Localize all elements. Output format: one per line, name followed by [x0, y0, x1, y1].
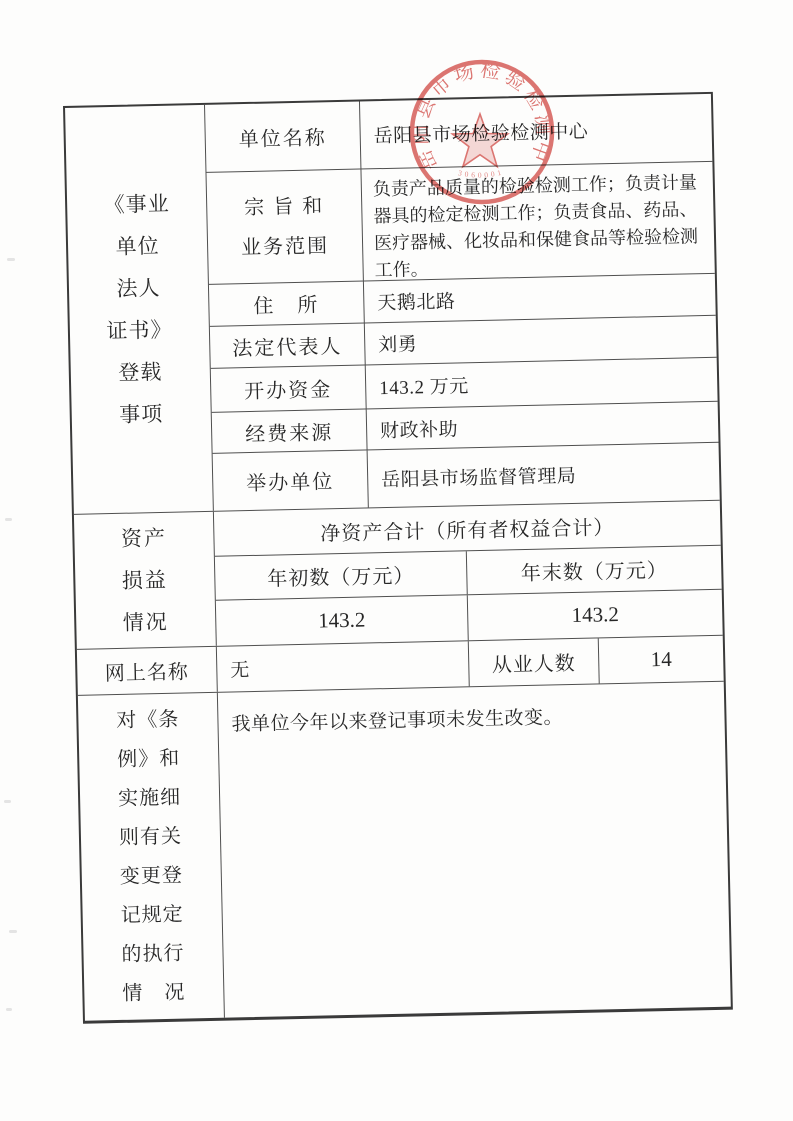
assets-label-line: 损益: [121, 559, 168, 602]
section-assets: 资产 损益 情况 净资产合计（所有者权益合计） 年初数（万元） 年末数（万元） …: [74, 501, 723, 650]
field-value-funding-source: 财政补助: [367, 402, 719, 450]
scan-smudge: [6, 1008, 12, 1011]
field-label-mission-scope: 宗 旨 和 业务范围: [206, 170, 363, 284]
field-value-unit-name: 岳阳县市场检验检测中心: [360, 94, 712, 169]
section-certificate-items: 《事业 单位 法人 证书》 登载 事项 单位名称 岳阳县市场检验检测中心 宗 旨…: [65, 94, 720, 515]
assets-grid: 净资产合计（所有者权益合计） 年初数（万元） 年末数（万元） 143.2 143…: [214, 501, 723, 646]
compliance-label-cell: 对《条 例》和 实施细 则有关 变更登 记规定 的执行 情 况: [78, 693, 225, 1021]
mission-label-line2: 业务范围: [241, 226, 330, 268]
field-value-staff-count: 14: [599, 636, 724, 684]
section-compliance: 对《条 例》和 实施细 则有关 变更登 记规定 的执行 情 况 我单位今年以来登…: [78, 682, 731, 1021]
assets-label-line: 情况: [122, 601, 169, 644]
compliance-label-text: 对《条 例》和 实施细 则有关 变更登 记规定 的执行 情 况: [116, 700, 186, 1013]
compliance-label-line: 变更登: [119, 856, 183, 896]
cert-label-line: 事项: [108, 393, 175, 436]
field-label-sponsor-unit: 举办单位: [213, 450, 369, 510]
field-value-mission-scope: 负责产品质量的检验检测工作；负责计量器具的检定检测工作；负责食品、药品、医疗器械…: [361, 162, 714, 281]
cert-label-cell: 《事业 单位 法人 证书》 登载 事项: [65, 105, 214, 514]
field-value-legal-representative: 刘勇: [365, 316, 717, 365]
field-value-sponsor-unit: 岳阳县市场监督管理局: [368, 443, 720, 508]
compliance-label-line: 记规定: [120, 895, 184, 935]
col-header-year-end: 年末数（万元）: [467, 546, 722, 595]
compliance-label-line: 例》和: [117, 739, 181, 779]
field-label-unit-name: 单位名称: [205, 102, 361, 172]
field-value-compliance: 我单位今年以来登记事项未发生改变。: [218, 682, 731, 1018]
cert-label-line: 单位: [104, 225, 171, 268]
compliance-label-line: 对《条: [116, 700, 180, 740]
field-label-legal-representative: 法定代表人: [210, 323, 366, 367]
registration-form-table: 《事业 单位 法人 证书》 登载 事项 单位名称 岳阳县市场检验检测中心 宗 旨…: [63, 92, 733, 1024]
field-label-online-name: 网上名称: [77, 647, 218, 695]
assets-label-text: 资产 损益 情况: [120, 517, 169, 644]
assets-label-cell: 资产 损益 情况: [74, 512, 217, 649]
cert-label-line: 证书》: [106, 309, 173, 352]
compliance-label-line: 的执行: [121, 934, 185, 974]
field-label-address: 住 所: [209, 281, 365, 325]
cert-label-line: 登载: [107, 351, 174, 394]
field-value-opening-funds: 143.2 万元: [366, 358, 718, 409]
compliance-label-line: 情 况: [122, 973, 186, 1013]
registration-rows: 单位名称 岳阳县市场检验检测中心 宗 旨 和 业务范围 负责产品质量的检验检测工…: [205, 94, 720, 511]
field-value-address: 天鹅北路: [364, 274, 716, 323]
field-value-online-name: 无: [217, 641, 470, 691]
cert-label-line: 法人: [105, 267, 172, 310]
assets-label-line: 资产: [120, 517, 167, 560]
scan-smudge: [7, 258, 15, 261]
field-label-funding-source: 经费来源: [212, 409, 368, 452]
compliance-label-line: 实施细: [118, 778, 182, 818]
value-year-end: 143.2: [468, 590, 723, 641]
compliance-label-line: 则有关: [119, 817, 183, 857]
scan-smudge: [4, 800, 11, 803]
col-header-year-start: 年初数（万元）: [215, 551, 468, 599]
row-mission-scope: 宗 旨 和 业务范围 负责产品质量的检验检测工作；负责计量器具的检定检测工作；负…: [206, 162, 714, 285]
scan-smudge: [5, 518, 12, 521]
row-unit-name: 单位名称 岳阳县市场检验检测中心: [205, 94, 712, 173]
scan-smudge: [9, 930, 17, 933]
mission-label-line1: 宗 旨 和: [240, 186, 329, 228]
cert-label-line: 《事业: [103, 183, 170, 226]
scanned-registration-document: { "document": { "cert_label": { "lines":…: [0, 0, 793, 1121]
value-year-start: 143.2: [216, 595, 469, 645]
field-label-staff-count: 从业人数: [469, 638, 600, 686]
row-sponsor-unit: 举办单位 岳阳县市场监督管理局: [213, 443, 720, 511]
cert-label-text: 《事业 单位 法人 证书》 登载 事项: [103, 183, 174, 436]
field-label-opening-funds: 开办资金: [211, 365, 367, 411]
